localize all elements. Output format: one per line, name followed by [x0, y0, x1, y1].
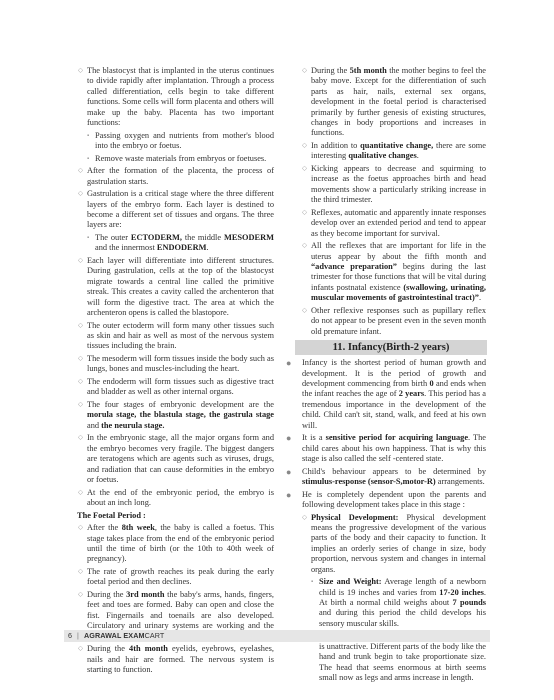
diamond-bullet-icon: ◇: [78, 66, 83, 76]
diamond-bullet-icon: ◇: [302, 66, 307, 76]
item-text: At the end of the embryonic period, the …: [87, 488, 274, 507]
right-column: ◇During the 5th month the mother begins …: [302, 66, 486, 686]
list-item: ◇The mesoderm will form tissues inside t…: [78, 354, 274, 375]
diamond-bullet-icon: ◇: [302, 208, 307, 218]
diamond-bullet-icon: ◇: [302, 306, 307, 316]
list-item: ▪Passing oxygen and nutrients from mothe…: [78, 131, 274, 152]
item-text: The four stages of embryonic development…: [87, 400, 274, 409]
item-text: Each layer will differentiate into diffe…: [87, 256, 274, 317]
diamond-bullet-icon: ◇: [78, 189, 83, 199]
diamond-bullet-icon: ◇: [78, 400, 83, 410]
publisher-brand: AGRAWAL EXAMCART: [84, 630, 164, 642]
list-item: ◇The endoderm will form tissues such as …: [78, 377, 274, 398]
item-text: .: [417, 151, 419, 160]
list-item: ◇The outer ectoderm will form many other…: [78, 321, 274, 352]
diamond-bullet-icon: ◇: [302, 164, 307, 174]
bold-term: 5th month: [350, 66, 387, 75]
small-bullet-icon: ▪: [87, 131, 89, 141]
list-item: ●He is completely dependent upon the par…: [302, 490, 486, 511]
list-item: ◇Gastrulation is a critical stage where …: [78, 189, 274, 231]
list-item: ◇After the 8th week, the baby is called …: [78, 523, 274, 565]
diamond-bullet-icon: ◇: [78, 377, 83, 387]
diamond-bullet-icon: ◇: [302, 513, 307, 523]
page-footer: 6 | AGRAWAL EXAMCART: [64, 630, 490, 642]
item-text: The endoderm will form tissues such as d…: [87, 377, 274, 396]
item-text: All the reflexes that are important for …: [311, 241, 486, 260]
bold-term: Size and Weight:: [319, 577, 382, 586]
item-text: He is completely dependent upon the pare…: [302, 490, 486, 509]
item-text: The outer ectoderm will form many other …: [87, 321, 274, 351]
list-item: ◇During the 5th month the mother begins …: [302, 66, 486, 139]
diamond-bullet-icon: ◇: [78, 433, 83, 443]
bold-term: sensitive period for acquiring language: [326, 433, 468, 442]
diamond-bullet-icon: ◇: [302, 141, 307, 151]
item-text: Other reflexive responses such as pupill…: [311, 306, 486, 336]
bold-term: “advance preparation”: [311, 262, 397, 271]
bold-term: ECTODERM,: [131, 233, 182, 242]
list-item: ▪The outer ECTODERM, the middle MESODERM…: [78, 233, 274, 254]
brand-bold: AGRAWAL EXAM: [84, 631, 145, 640]
item-text: After the formation of the placenta, the…: [87, 166, 274, 185]
dot-bullet-icon: ●: [286, 490, 291, 500]
item-text: Passing oxygen and nutrients from mother…: [95, 131, 274, 150]
bold-term: qualitative changes: [348, 151, 416, 160]
item-text: It is a: [302, 433, 326, 442]
diamond-bullet-icon: ◇: [78, 321, 83, 331]
brand-light: CART: [145, 631, 165, 640]
item-text: and during this period the child develop…: [319, 608, 486, 627]
list-item: ◇The four stages of embryonic developmen…: [78, 400, 274, 431]
list-item: ◇Each layer will differentiate into diff…: [78, 256, 274, 318]
list-item: ●Infancy is the shortest period of human…: [302, 358, 486, 431]
bold-term: 2 years: [399, 389, 424, 398]
small-bullet-icon: ▪: [87, 154, 89, 164]
item-text: Reflexes, automatic and apparently innat…: [311, 208, 486, 238]
item-text: In addition to: [311, 141, 360, 150]
section-heading: 11. Infancy(Birth-2 years): [295, 340, 487, 355]
diamond-bullet-icon: ◇: [78, 523, 83, 533]
list-item: ●Child's behaviour appears to be determi…: [302, 467, 486, 488]
item-text: The blastocyst that is implanted in the …: [87, 66, 274, 127]
list-item: ▪Remove waste materials from embryos or …: [78, 154, 274, 164]
item-text: Child's behaviour appears to be determin…: [302, 467, 486, 476]
dot-bullet-icon: ●: [286, 358, 291, 368]
diamond-bullet-icon: ◇: [302, 241, 307, 251]
list-item: ◇In the embryonic stage, all the major o…: [78, 433, 274, 485]
bold-term: 3rd month: [126, 590, 164, 599]
dot-bullet-icon: ●: [286, 467, 291, 477]
item-text: arrangements.: [436, 477, 485, 486]
item-text: Gastrulation is a critical stage where t…: [87, 189, 274, 229]
bold-term: ENDODERM: [157, 243, 207, 252]
item-text: During the: [311, 66, 350, 75]
list-item: ◇At the end of the embryonic period, the…: [78, 488, 274, 509]
bold-term: 7 pounds: [453, 598, 486, 607]
list-item: ◇Physical Development: Physical developm…: [302, 513, 486, 575]
bold-term: morula stage, the blastula stage, the ga…: [87, 410, 274, 419]
document-page: ◇The blastocyst that is implanted in the…: [0, 0, 554, 700]
item-text: After the: [87, 523, 122, 532]
list-item: ◇All the reflexes that are important for…: [302, 241, 486, 303]
item-text: The outer: [95, 233, 131, 242]
diamond-bullet-icon: ◇: [78, 354, 83, 364]
item-text: the middle: [182, 233, 224, 242]
list-item: ◇During the 4th month eyelids, eyebrows,…: [78, 644, 274, 675]
footer-separator: |: [77, 630, 79, 642]
small-bullet-icon: ▪: [87, 233, 89, 243]
item-text: .: [479, 293, 481, 302]
bold-term: 17-20 inches: [439, 588, 484, 597]
diamond-bullet-icon: ◇: [78, 567, 83, 577]
bold-term: Physical Development:: [311, 513, 398, 522]
item-text: the mother begins to feel the baby move.…: [311, 66, 486, 137]
list-item: ◇The blastocyst that is implanted in the…: [78, 66, 274, 128]
list-item: ●It is a sensitive period for acquiring …: [302, 433, 486, 464]
diamond-bullet-icon: ◇: [78, 166, 83, 176]
bold-term: 4th month: [129, 644, 168, 653]
list-item: ◇The rate of growth reaches its peak dur…: [78, 567, 274, 588]
item-text: Remove waste materials from embryos or f…: [95, 154, 266, 163]
bold-term: stimulus-response (sensor-S,motor-R): [302, 477, 436, 486]
bold-term: quantitative change,: [360, 141, 433, 150]
item-text: The mesoderm will form tissues inside th…: [87, 354, 274, 373]
small-bullet-icon: ▪: [311, 577, 313, 587]
item-text: The rate of growth reaches its peak duri…: [87, 567, 274, 586]
item-text: and: [87, 421, 101, 430]
page-number: 6: [68, 630, 72, 642]
bold-term: the neurula stage.: [101, 421, 164, 430]
list-item: ◇After the formation of the placenta, th…: [78, 166, 274, 187]
dot-bullet-icon: ●: [286, 433, 291, 443]
item-text: .: [206, 243, 208, 252]
left-column: ◇The blastocyst that is implanted in the…: [78, 66, 274, 678]
item-text: In the embryonic stage, all the major or…: [87, 433, 274, 484]
item-text: and the innermost: [95, 243, 157, 252]
diamond-bullet-icon: ◇: [78, 256, 83, 266]
item-text: Kicking appears to decrease and squirmin…: [311, 164, 486, 204]
list-item: ◇Kicking appears to decrease and squirmi…: [302, 164, 486, 206]
item-text: During the: [87, 644, 129, 653]
list-item: ◇In addition to quantitative change, the…: [302, 141, 486, 162]
diamond-bullet-icon: ◇: [78, 590, 83, 600]
list-item: ▪Size and Weight: Average length of a ne…: [302, 577, 486, 629]
section-subheading: The Foetal Period :: [77, 511, 274, 521]
diamond-bullet-icon: ◇: [78, 488, 83, 498]
diamond-bullet-icon: ◇: [78, 644, 83, 654]
bold-term: 8th week: [122, 523, 155, 532]
list-item: ◇Reflexes, automatic and apparently inna…: [302, 208, 486, 239]
bold-term: MESODERM: [224, 233, 274, 242]
item-text: During the: [87, 590, 126, 599]
list-item: ◇Other reflexive responses such as pupil…: [302, 306, 486, 337]
